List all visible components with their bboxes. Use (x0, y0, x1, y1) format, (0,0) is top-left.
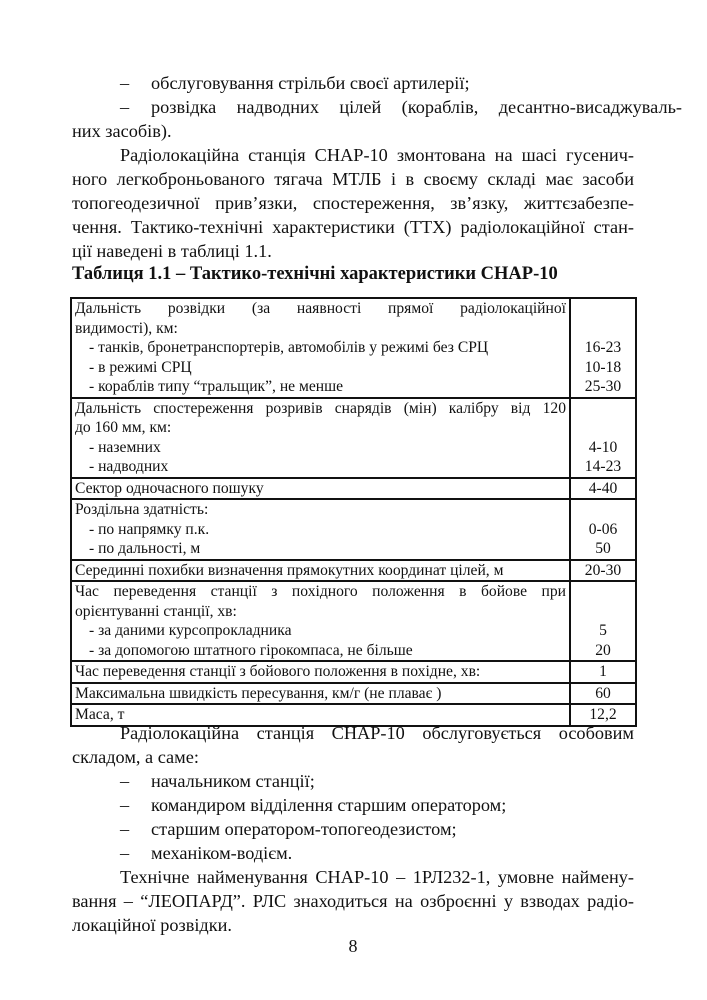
value-cell: 4-40 (570, 478, 636, 500)
bullet-dash: – (120, 769, 151, 793)
table-caption: Таблиця 1.1 – Тактико-технічні характери… (72, 264, 558, 285)
paragraph-line: ції наведені в таблиці 1.1. (72, 239, 634, 263)
sub-parameter-value: 14-23 (571, 457, 635, 477)
crew-bullet: –командиром відділення старшим операторо… (72, 793, 682, 817)
sub-parameter-value: 0-06 (571, 520, 635, 540)
sub-parameter-value: 50 (571, 539, 635, 559)
paragraph-line: Радіолокаційна станція СНАР-10 змонтован… (72, 143, 634, 167)
parameter-label: Час переведення станції з похідного поло… (75, 582, 566, 602)
intro-bullet-continuation: них засобів). (72, 119, 634, 143)
parameter-label: до 160 мм, км: (75, 418, 566, 438)
parameter-value: 60 (571, 684, 635, 704)
paragraph-line: Радіолокаційна станція СНАР-10 обслугову… (72, 721, 634, 745)
bullet-dash: – (120, 71, 151, 95)
table-row: Максимальна швидкість пересування, км/г … (71, 683, 636, 705)
sub-parameter-value: 16-23 (571, 338, 635, 358)
bullet-dash: – (120, 793, 151, 817)
crew-bullet: –начальником станції; (72, 769, 682, 793)
value-cell: 4-1014-23 (570, 398, 636, 478)
sub-parameter-value: 5 (571, 621, 635, 641)
parameter-label: Максимальна швидкість пересування, км/г … (75, 684, 566, 704)
parameter-label: Дальність розвідки (за наявності прямої … (75, 299, 566, 319)
table-row: Час переведення станції з похідного поло… (71, 581, 636, 661)
sub-parameter-label: - за допомогою штатного гірокомпаса, не … (75, 641, 566, 661)
crew-bullet: –механіком-водієм. (72, 841, 682, 865)
sub-parameter-label: - кораблів типу “тральщик”, не менше (75, 377, 566, 397)
table-row: Дальність спостереження розривів снаряді… (71, 398, 636, 478)
value-cell: 60 (570, 683, 636, 705)
bullet-dash: – (120, 817, 151, 841)
parameter-cell: Серединні похибки визначення прямокутних… (71, 560, 570, 582)
sub-parameter-label: - в режимі СРЦ (75, 358, 566, 378)
parameter-label: Час переведення станції з бойового полож… (75, 662, 566, 682)
value-cell: 16-2310-1825-30 (570, 298, 636, 398)
paragraph-line: чення. Тактико-технічні характеристики (… (72, 215, 634, 239)
page-number: 8 (72, 936, 634, 957)
parameter-label: орієнтуванні станції, хв: (75, 602, 566, 622)
parameter-label: Сектор одночасного пошуку (75, 479, 566, 499)
intro-bullet: –розвідка надводних цілей (кораблів, дес… (72, 95, 682, 119)
paragraph-line: Технічне найменування СНАР-10 – 1РЛ232-1… (72, 865, 634, 889)
parameter-cell: Час переведення станції з бойового полож… (71, 661, 570, 683)
parameter-cell: Максимальна швидкість пересування, км/г … (71, 683, 570, 705)
paragraph-line: топогеодезичної прив’язки, спостереження… (72, 191, 634, 215)
parameter-label: видимості), км: (75, 319, 566, 339)
sub-parameter-value: 4-10 (571, 438, 635, 458)
sub-parameter-value: 10-18 (571, 358, 635, 378)
parameter-value: 4-40 (571, 479, 635, 499)
bullet-dash: – (120, 841, 151, 865)
sub-parameter-label: - надводних (75, 457, 566, 477)
sub-parameter-label: - за даними курсопрокладника (75, 621, 566, 641)
value-cell: 520 (570, 581, 636, 661)
parameter-cell: Час переведення станції з похідного поло… (71, 581, 570, 661)
parameter-cell: Дальність розвідки (за наявності прямої … (71, 298, 570, 398)
specs-table: Дальність розвідки (за наявності прямої … (70, 297, 637, 727)
table-row: Серединні похибки визначення прямокутних… (71, 560, 636, 582)
parameter-label: Роздільна здатність: (75, 500, 566, 520)
table-row: Час переведення станції з бойового полож… (71, 661, 636, 683)
sub-parameter-value: 20 (571, 641, 635, 661)
table-row: Сектор одночасного пошуку4-40 (71, 478, 636, 500)
table-row: Дальність розвідки (за наявності прямої … (71, 298, 636, 398)
value-cell: 20-30 (570, 560, 636, 582)
bullet-dash: – (120, 95, 151, 119)
sub-parameter-value: 25-30 (571, 377, 635, 397)
value-cell: 0-0650 (570, 499, 636, 560)
parameter-cell: Роздільна здатність:- по напрямку п.к.- … (71, 499, 570, 560)
table-row: Роздільна здатність:- по напрямку п.к.- … (71, 499, 636, 560)
sub-parameter-label: - танків, бронетранспортерів, автомобілі… (75, 338, 566, 358)
parameter-cell: Сектор одночасного пошуку (71, 478, 570, 500)
sub-parameter-label: - наземних (75, 438, 566, 458)
sub-parameter-label: - по напрямку п.к. (75, 520, 566, 540)
parameter-value: 1 (571, 662, 635, 682)
paragraph-line: вання – “ЛЕОПАРД”. РЛС знаходиться на оз… (72, 889, 634, 913)
value-cell: 1 (570, 661, 636, 683)
parameter-cell: Дальність спостереження розривів снаряді… (71, 398, 570, 478)
parameter-label: Дальність спостереження розривів снаряді… (75, 399, 566, 419)
intro-bullet: –обслуговування стрільби своєї артилерії… (72, 71, 682, 95)
parameter-value: 20-30 (571, 561, 635, 581)
sub-parameter-label: - по дальності, м (75, 539, 566, 559)
parameter-label: Серединні похибки визначення прямокутних… (75, 561, 566, 581)
crew-bullet: –старшим оператором-топогеодезистом; (72, 817, 682, 841)
paragraph-line: ного легкоброньованого тягача МТЛБ і в с… (72, 167, 634, 191)
paragraph-line: локаційної розвідки. (72, 913, 634, 937)
paragraph-line: складом, а саме: (72, 745, 634, 769)
